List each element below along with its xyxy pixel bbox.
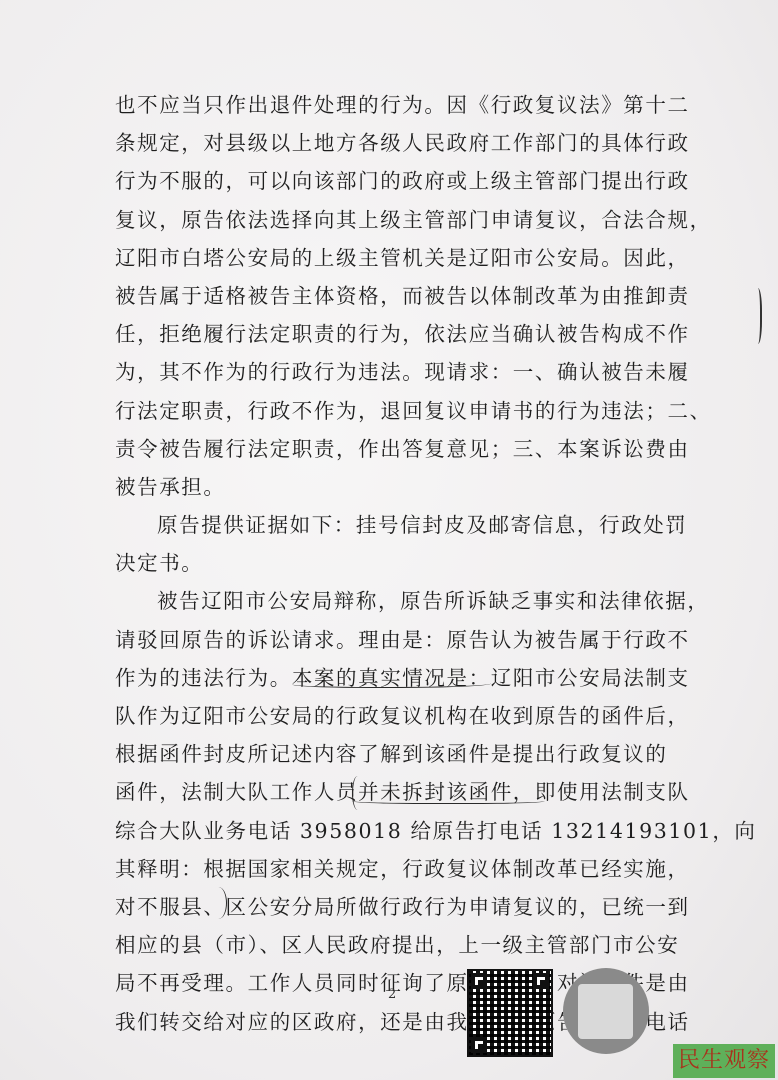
text-line: 相应的县（市）、区人民政府提出，上一级主管部门市公安 [115, 926, 675, 964]
text-line: 其释明：根据国家相关规定，行政复议体制改革已经实施， [115, 850, 675, 888]
text-segment: 辽阳市公安局法制支 [491, 666, 690, 690]
text-line: 条规定，对县级以上地方各级人民政府工作部门的具体行政 [115, 124, 675, 162]
text-line: 也不应当只作出退件处理的行为。因《行政复议法》第十二 [115, 86, 675, 124]
qr-finder-icon [471, 973, 487, 989]
document-page: 也不应当只作出退件处理的行为。因《行政复议法》第十二 条规定，对县级以上地方各级… [0, 0, 778, 1080]
page-number: 2 [388, 987, 396, 1002]
text-line: 行为不服的，可以向该部门的政府或上级主管部门提出行政 [115, 162, 675, 200]
text-line: 任，拒绝履行法定职责的行为，依法应当确认被告构成不作 [115, 315, 675, 353]
text-segment: 作为的违法行为。 [115, 666, 292, 690]
text-line: 被告承担。 [115, 468, 675, 506]
qr-finder-icon [533, 973, 549, 989]
margin-bracket-mark [752, 288, 762, 344]
qr-finder-icon [471, 1037, 487, 1053]
text-segment: 即使用法制支队 [535, 780, 690, 804]
handwritten-underline: 本案的真实情况是： [292, 666, 491, 690]
qr-code-icon [467, 969, 553, 1057]
court-seal-icon [563, 968, 649, 1054]
text-segment: 函件，法制大队工作人员 [115, 780, 358, 804]
text-line-with-underline: 作为的违法行为。本案的真实情况是：辽阳市公安局法制支 [115, 659, 675, 697]
text-line: 队作为辽阳市公安局的行政复议机构在收到原告的函件后， [115, 697, 675, 735]
paragraph-start-line: 被告辽阳市公安局辩称，原告所诉缺乏事实和法律依据， [115, 582, 675, 620]
text-line: 复议，原告依法选择向其上级主管部门申请复议，合法合规， [115, 201, 675, 239]
document-body: 也不应当只作出退件处理的行为。因《行政复议法》第十二 条规定，对县级以上地方各级… [115, 86, 675, 1041]
handwritten-paren-mark [210, 887, 227, 919]
text-line: 辽阳市白塔公安局的上级主管机关是辽阳市公安局。因此， [115, 239, 675, 277]
text-line: 行法定职责，行政不作为，退回复议申请书的行为违法；二、 [115, 392, 675, 430]
text-line: 根据函件封皮所记述内容了解到该函件是提出行政复议的 [115, 735, 675, 773]
text-line: 责令被告履行法定职责，作出答复意见；三、本案诉讼费由 [115, 430, 675, 468]
paragraph-start-line: 原告提供证据如下：挂号信封皮及邮寄信息，行政处罚 [115, 506, 675, 544]
text-line: 对不服县、区公安分局所做行政行为申请复议的，已统一到 [115, 888, 675, 926]
text-line: 请驳回原告的诉讼请求。理由是：原告认为被告属于行政不 [115, 621, 675, 659]
text-line: 为，其不作为的行政行为违法。现请求：一、确认被告未履 [115, 353, 675, 391]
text-line: 决定书。 [115, 544, 675, 582]
handwritten-circle-mark: 并未拆封该函件， [358, 780, 535, 804]
watermark-badge: 民生观察 [673, 1044, 775, 1078]
text-line: 被告属于适格被告主体资格，而被告以体制改革为由推卸责 [115, 277, 675, 315]
text-line: 综合大队业务电话 3958018 给原告打电话 13214193101，向 [115, 812, 675, 850]
seal-stamp-inner [578, 984, 633, 1039]
text-line-with-circle: 函件，法制大队工作人员并未拆封该函件，即使用法制支队 [115, 773, 675, 811]
